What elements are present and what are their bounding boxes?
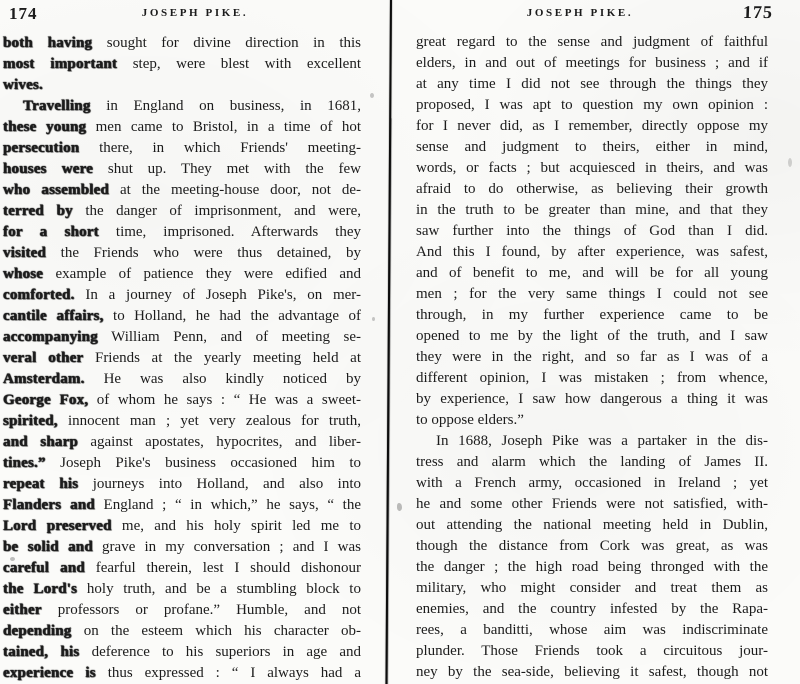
line-text: though the distance from Cork was great,… (416, 538, 768, 554)
smudged-lead-words: the Lord's (3, 581, 77, 597)
line-text: William Penn, and of meeting se- (98, 329, 361, 345)
line-text: men came to Bristol, in a time of hot (86, 119, 361, 135)
text-line: plunder. Those Friends took a circuitous… (416, 641, 768, 662)
line-text: through, in my further experience came t… (416, 307, 768, 323)
smudged-lead-words: whose (3, 266, 43, 282)
text-line: through, in my further experience came t… (416, 305, 768, 326)
text-line: to oppose elders.” (416, 410, 768, 431)
smudged-lead-words: repeat his (3, 476, 78, 492)
line-text: saw further into the things of God than … (416, 223, 768, 239)
line-text: at the meeting-house door, not de- (109, 182, 361, 198)
text-line: George Fox, of whom he says : “ He was a… (3, 390, 361, 411)
smudged-lead-words: visited (3, 245, 46, 261)
smudged-lead-words: experience is (3, 665, 96, 681)
line-text: to oppose elders.” (416, 412, 524, 428)
text-line: proposed, I was apt to question my own o… (416, 95, 768, 116)
scan-speck (788, 158, 792, 167)
text-line: the Lord's holy truth, and be a stumblin… (3, 579, 361, 600)
line-text: opened to me by the light of the truth, … (416, 328, 768, 344)
line-text: step, were blest with excellent (117, 56, 361, 72)
text-line: different opinion, I was mistaken ; from… (416, 368, 768, 389)
text-line: elders, in and out of meetings for busin… (416, 53, 768, 74)
text-line: ney by the sea-side, believing it safest… (416, 662, 768, 683)
line-text: professors or profane.” Humble, and not (42, 602, 361, 618)
line-text: by experience, I saw how dangerous a thi… (416, 391, 768, 407)
text-line: enemies, and the country infested by the… (416, 599, 768, 620)
line-text: holy truth, and be a stumbling block to (77, 581, 361, 597)
page-left-text: both having sought for divine direction … (3, 33, 361, 684)
smudged-lead-words: Flanders and (3, 497, 95, 513)
line-text: the danger of imprisonment, and were, (73, 203, 361, 219)
line-text: elders, in and out of meetings for busin… (416, 55, 768, 71)
text-line: careful and fearful therein, lest I shou… (3, 558, 361, 579)
line-text: innocent man ; yet very zealous for trut… (58, 413, 361, 429)
text-line: persecution there, in which Friends' mee… (3, 138, 361, 159)
text-line: both having sought for divine direction … (3, 33, 361, 54)
line-text: sought for divine direction in this (92, 35, 361, 51)
text-line: Lord preserved me, and his holy spirit l… (3, 516, 361, 537)
text-line: experience is thus expressed : “ I alway… (3, 663, 361, 684)
smudged-lead-words: Amsterdam. (3, 371, 85, 387)
page-right-text: great regard to the sense and judgment o… (416, 32, 768, 683)
line-text: enemies, and the country infested by the… (416, 601, 768, 617)
line-text: in England on business, in 1681, (91, 98, 361, 114)
smudged-lead-words: wives. (3, 77, 43, 93)
smudged-lead-words: persecution (3, 140, 79, 156)
text-line: rees, a banditti, whose aim was indiscri… (416, 620, 768, 641)
smudged-lead-words: tines.” (3, 455, 46, 471)
line-text: they were in the right, and so far as I … (416, 349, 768, 365)
text-line: houses were shut up. They met with the f… (3, 159, 361, 180)
text-line: he and some other Friends were not satis… (416, 494, 768, 515)
line-text: plunder. Those Friends took a circuitous… (416, 643, 768, 659)
line-text: and of benefit to me, and will be for al… (416, 265, 768, 281)
text-line: saw further into the things of God than … (416, 221, 768, 242)
line-text: He was also kindly noticed by (85, 371, 361, 387)
smudged-lead-words: depending (3, 623, 72, 639)
smudged-lead-words: who assembled (3, 182, 109, 198)
line-text: And this I found, by after experience, w… (416, 244, 768, 260)
line-text: words, or facts ; but acquiesced in thei… (416, 160, 768, 176)
line-text: sense and judgment to theirs, either in … (416, 139, 768, 155)
text-line: for I never did, as I remember, directly… (416, 116, 768, 137)
smudged-lead-words: be solid and (3, 539, 93, 555)
line-text: in the truth to be greater than mine, an… (416, 202, 768, 218)
text-line: afraid to do otherwise, as believing the… (416, 179, 768, 200)
text-line: for a short time, imprisoned. Afterwards… (3, 222, 361, 243)
text-line: military, who might consider and treat t… (416, 578, 768, 599)
smudged-lead-words: spirited, (3, 413, 58, 429)
line-text: England ; “ in which,” he says, “ the (95, 497, 361, 513)
scan-speck (372, 317, 375, 321)
text-line: and of benefit to me, and will be for al… (416, 263, 768, 284)
line-text: Friends at the yearly meeting held at (83, 350, 361, 366)
line-text: afraid to do otherwise, as believing the… (416, 181, 768, 197)
line-text: at any time I did not see through the th… (416, 76, 768, 92)
text-line: at any time I did not see through the th… (416, 74, 768, 95)
text-line: accompanying William Penn, and of meetin… (3, 327, 361, 348)
smudged-lead-words: terred by (3, 203, 73, 219)
text-line: repeat his journeys into Holland, and al… (3, 474, 361, 495)
line-text: ney by the sea-side, believing it safest… (416, 664, 768, 680)
text-line: wives. (3, 75, 361, 96)
smudged-lead-words: careful and (3, 560, 85, 576)
text-line: tress and alarm which the landing of Jam… (416, 452, 768, 473)
text-line: these young men came to Bristol, in a ti… (3, 117, 361, 138)
line-text: he and some other Friends were not satis… (416, 496, 768, 512)
smudged-lead-words: either (3, 602, 42, 618)
text-line: comforted. In a journey of Joseph Pike's… (3, 285, 361, 306)
text-line: men ; for the very same things I could n… (416, 284, 768, 305)
text-line: tained, his deference to his superiors i… (3, 642, 361, 663)
smudged-lead-words: tained, his (3, 644, 79, 660)
text-line: either professors or profane.” Humble, a… (3, 600, 361, 621)
line-text: deference to his superiors in age and (79, 644, 361, 660)
smudged-lead-words: Travelling (23, 98, 91, 114)
text-line: spirited, innocent man ; yet very zealou… (3, 411, 361, 432)
running-header-left: JOSEPH PIKE. (70, 7, 320, 19)
smudged-lead-words: and sharp (3, 434, 78, 450)
line-text: proposed, I was apt to question my own o… (416, 97, 768, 113)
text-line: who assembled at the meeting-house door,… (3, 180, 361, 201)
line-text: military, who might consider and treat t… (416, 580, 768, 596)
text-line: Flanders and England ; “ in which,” he s… (3, 495, 361, 516)
text-line: words, or facts ; but acquiesced in thei… (416, 158, 768, 179)
text-line: cantile affairs, to Holland, he had the … (3, 306, 361, 327)
line-text: the danger ; the high road being thronge… (416, 559, 768, 575)
smudged-lead-words: cantile affairs, (3, 308, 104, 324)
page-number-right: 175 (743, 2, 774, 23)
scan-speck (397, 503, 402, 511)
text-line: out attending the national meeting held … (416, 515, 768, 536)
text-line: though the distance from Cork was great,… (416, 536, 768, 557)
line-text: rees, a banditti, whose aim was indiscri… (416, 622, 768, 638)
text-line: terred by the danger of imprisonment, an… (3, 201, 361, 222)
line-text: men ; for the very same things I could n… (416, 286, 768, 302)
line-text: shut up. They met with the few (93, 161, 361, 177)
line-text: time, imprisoned. Afterwards they (99, 224, 361, 240)
text-line: sense and judgment to theirs, either in … (416, 137, 768, 158)
text-line: whose example of patience they were edif… (3, 264, 361, 285)
smudged-lead-words: for a short (3, 224, 99, 240)
line-text: for I never did, as I remember, directly… (416, 118, 768, 134)
smudged-lead-words: both having (3, 35, 92, 51)
text-line: by experience, I saw how dangerous a thi… (416, 389, 768, 410)
running-header-right: JOSEPH PIKE. (440, 7, 720, 19)
line-text: against apostates, hypocrites, and liber… (78, 434, 361, 450)
text-line: Amsterdam. He was also kindly noticed by (3, 369, 361, 390)
line-text: tress and alarm which the landing of Jam… (416, 454, 768, 470)
page-number-left: 174 (9, 4, 38, 24)
text-line: great regard to the sense and judgment o… (416, 32, 768, 53)
line-text: grave in my conversation ; and I was (93, 539, 361, 555)
line-text: example of patience they were edified an… (43, 266, 361, 282)
line-text: on the esteem which his character ob- (72, 623, 362, 639)
text-line: tines.” Joseph Pike's business occasione… (3, 453, 361, 474)
line-text: In a journey of Joseph Pike's, on mer- (75, 287, 361, 303)
line-text: to Holland, he had the advantage of (104, 308, 361, 324)
text-line: veral other Friends at the yearly meetin… (3, 348, 361, 369)
book-scan-spread: 174 JOSEPH PIKE. both having sought for … (0, 0, 800, 684)
smudged-lead-words: George Fox, (3, 392, 88, 408)
smudged-lead-words: most important (3, 56, 117, 72)
line-text: different opinion, I was mistaken ; from… (416, 370, 768, 386)
text-line: in the truth to be greater than mine, an… (416, 200, 768, 221)
text-line: the danger ; the high road being thronge… (416, 557, 768, 578)
text-line: with a French army, occasioned in Irelan… (416, 473, 768, 494)
text-line: depending on the esteem which his charac… (3, 621, 361, 642)
line-text: with a French army, occasioned in Irelan… (416, 475, 768, 491)
line-text: In 1688, Joseph Pike was a partaker in t… (436, 433, 768, 449)
text-line: be solid and grave in my conversation ; … (3, 537, 361, 558)
text-line: And this I found, by after experience, w… (416, 242, 768, 263)
smudged-lead-words: houses were (3, 161, 93, 177)
line-text: out attending the national meeting held … (416, 517, 768, 533)
text-line: In 1688, Joseph Pike was a partaker in t… (416, 431, 768, 452)
line-text: me, and his holy spirit led me to (112, 518, 361, 534)
line-text: Joseph Pike's business occasioned him to (46, 455, 361, 471)
line-text: journeys into Holland, and also into (78, 476, 361, 492)
text-line: and sharp against apostates, hypocrites,… (3, 432, 361, 453)
smudged-lead-words: accompanying (3, 329, 98, 345)
line-text: thus expressed : “ I always had a (96, 665, 361, 681)
text-line: opened to me by the light of the truth, … (416, 326, 768, 347)
line-text: the Friends who were thus detained, by (46, 245, 361, 261)
text-line: most important step, were blest with exc… (3, 54, 361, 75)
line-text: there, in which Friends' meeting- (79, 140, 361, 156)
smudged-lead-words: veral other (3, 350, 83, 366)
smudged-lead-words: Lord preserved (3, 518, 112, 534)
line-text: of whom he says : “ He was a sweet- (88, 392, 361, 408)
smudged-lead-words: comforted. (3, 287, 75, 303)
line-text: great regard to the sense and judgment o… (416, 34, 768, 50)
page-gutter-line (385, 0, 392, 684)
line-text: fearful therein, lest I should dishonour (85, 560, 361, 576)
text-line: Travelling in England on business, in 16… (3, 96, 361, 117)
text-line: visited the Friends who were thus detain… (3, 243, 361, 264)
scan-speck (370, 93, 374, 98)
scan-speck (10, 557, 15, 561)
text-line: they were in the right, and so far as I … (416, 347, 768, 368)
smudged-lead-words: these young (3, 119, 86, 135)
